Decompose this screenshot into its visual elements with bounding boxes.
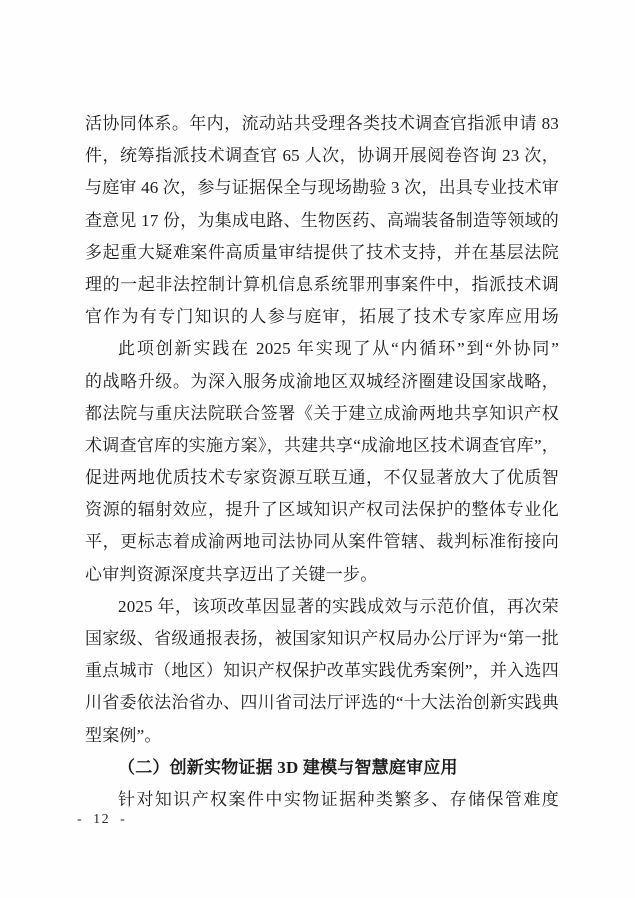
text-line: 型案例”。 (85, 720, 559, 752)
text-line: 资源的辐射效应，提升了区域知识产权司法保护的整体专业化水 (85, 494, 559, 526)
text-line: 的战略升级。为深入服务成渝地区双城经济圈建设国家战略，成 (85, 366, 559, 398)
text-line: 此项创新实践在 2025 年实现了从“内循环”到“外协同” (85, 333, 559, 365)
text-line: 促进两地优质技术专家资源互联互通，不仅显著放大了优质智力 (85, 462, 559, 494)
page-number: - 12 - (77, 812, 126, 828)
text-line: 活协同体系。年内，流动站共受理各类技术调查官指派申请 83 (85, 108, 559, 140)
text-line: 2025 年，该项改革因显著的实践成效与示范价值，再次荣获 (85, 591, 559, 623)
text-line: 针对知识产权案件中实物证据种类繁多、存储保管难度大、 (85, 784, 559, 816)
document-page: 活协同体系。年内，流动站共受理各类技术调查官指派申请 83件，统筹指派技术调查官… (0, 0, 635, 898)
text-line: 与庭审 46 次，参与证据保全与现场勘验 3 次，出具专业技术审 (85, 172, 559, 204)
text-line: 川省委依法治省办、四川省司法厅评选的“十大法治创新实践典 (85, 687, 559, 719)
text-line: 官作为有专门知识的人参与庭审，拓展了技术专家库应用场景。 (85, 301, 559, 333)
text-line: 术调查官库的实施方案》，共建共享“成渝地区技术调查官库”， (85, 430, 559, 462)
text-line: 件，统筹指派技术调查官 65 人次，协调开展阅卷咨询 23 次，参 (85, 140, 559, 172)
text-line: 心审判资源深度共享迈出了关键一步。 (85, 559, 559, 591)
text-line: 国家级、省级通报表扬，被国家知识产权局办公厅评为“第一批 (85, 623, 559, 655)
text-line: 平，更标志着成渝两地司法协同从案件管辖、裁判标准衔接向核 (85, 526, 559, 558)
text-line: 多起重大疑难案件高质量审结提供了技术支持，并在基层法院审 (85, 237, 559, 269)
text-line: 理的一起非法控制计算机信息系统罪刑事案件中，指派技术调查 (85, 269, 559, 301)
body-text: 活协同体系。年内，流动站共受理各类技术调查官指派申请 83件，统筹指派技术调查官… (85, 108, 559, 816)
text-line: 都法院与重庆法院联合签署《关于建立成渝两地共享知识产权技 (85, 398, 559, 430)
section-heading: （二）创新实物证据 3D 建模与智慧庭审应用 (85, 752, 559, 784)
text-line: 重点城市（地区）知识产权保护改革实践优秀案例”，并入选四 (85, 655, 559, 687)
text-line: 查意见 17 份，为集成电路、生物医药、高端装备制造等领域的 (85, 205, 559, 237)
